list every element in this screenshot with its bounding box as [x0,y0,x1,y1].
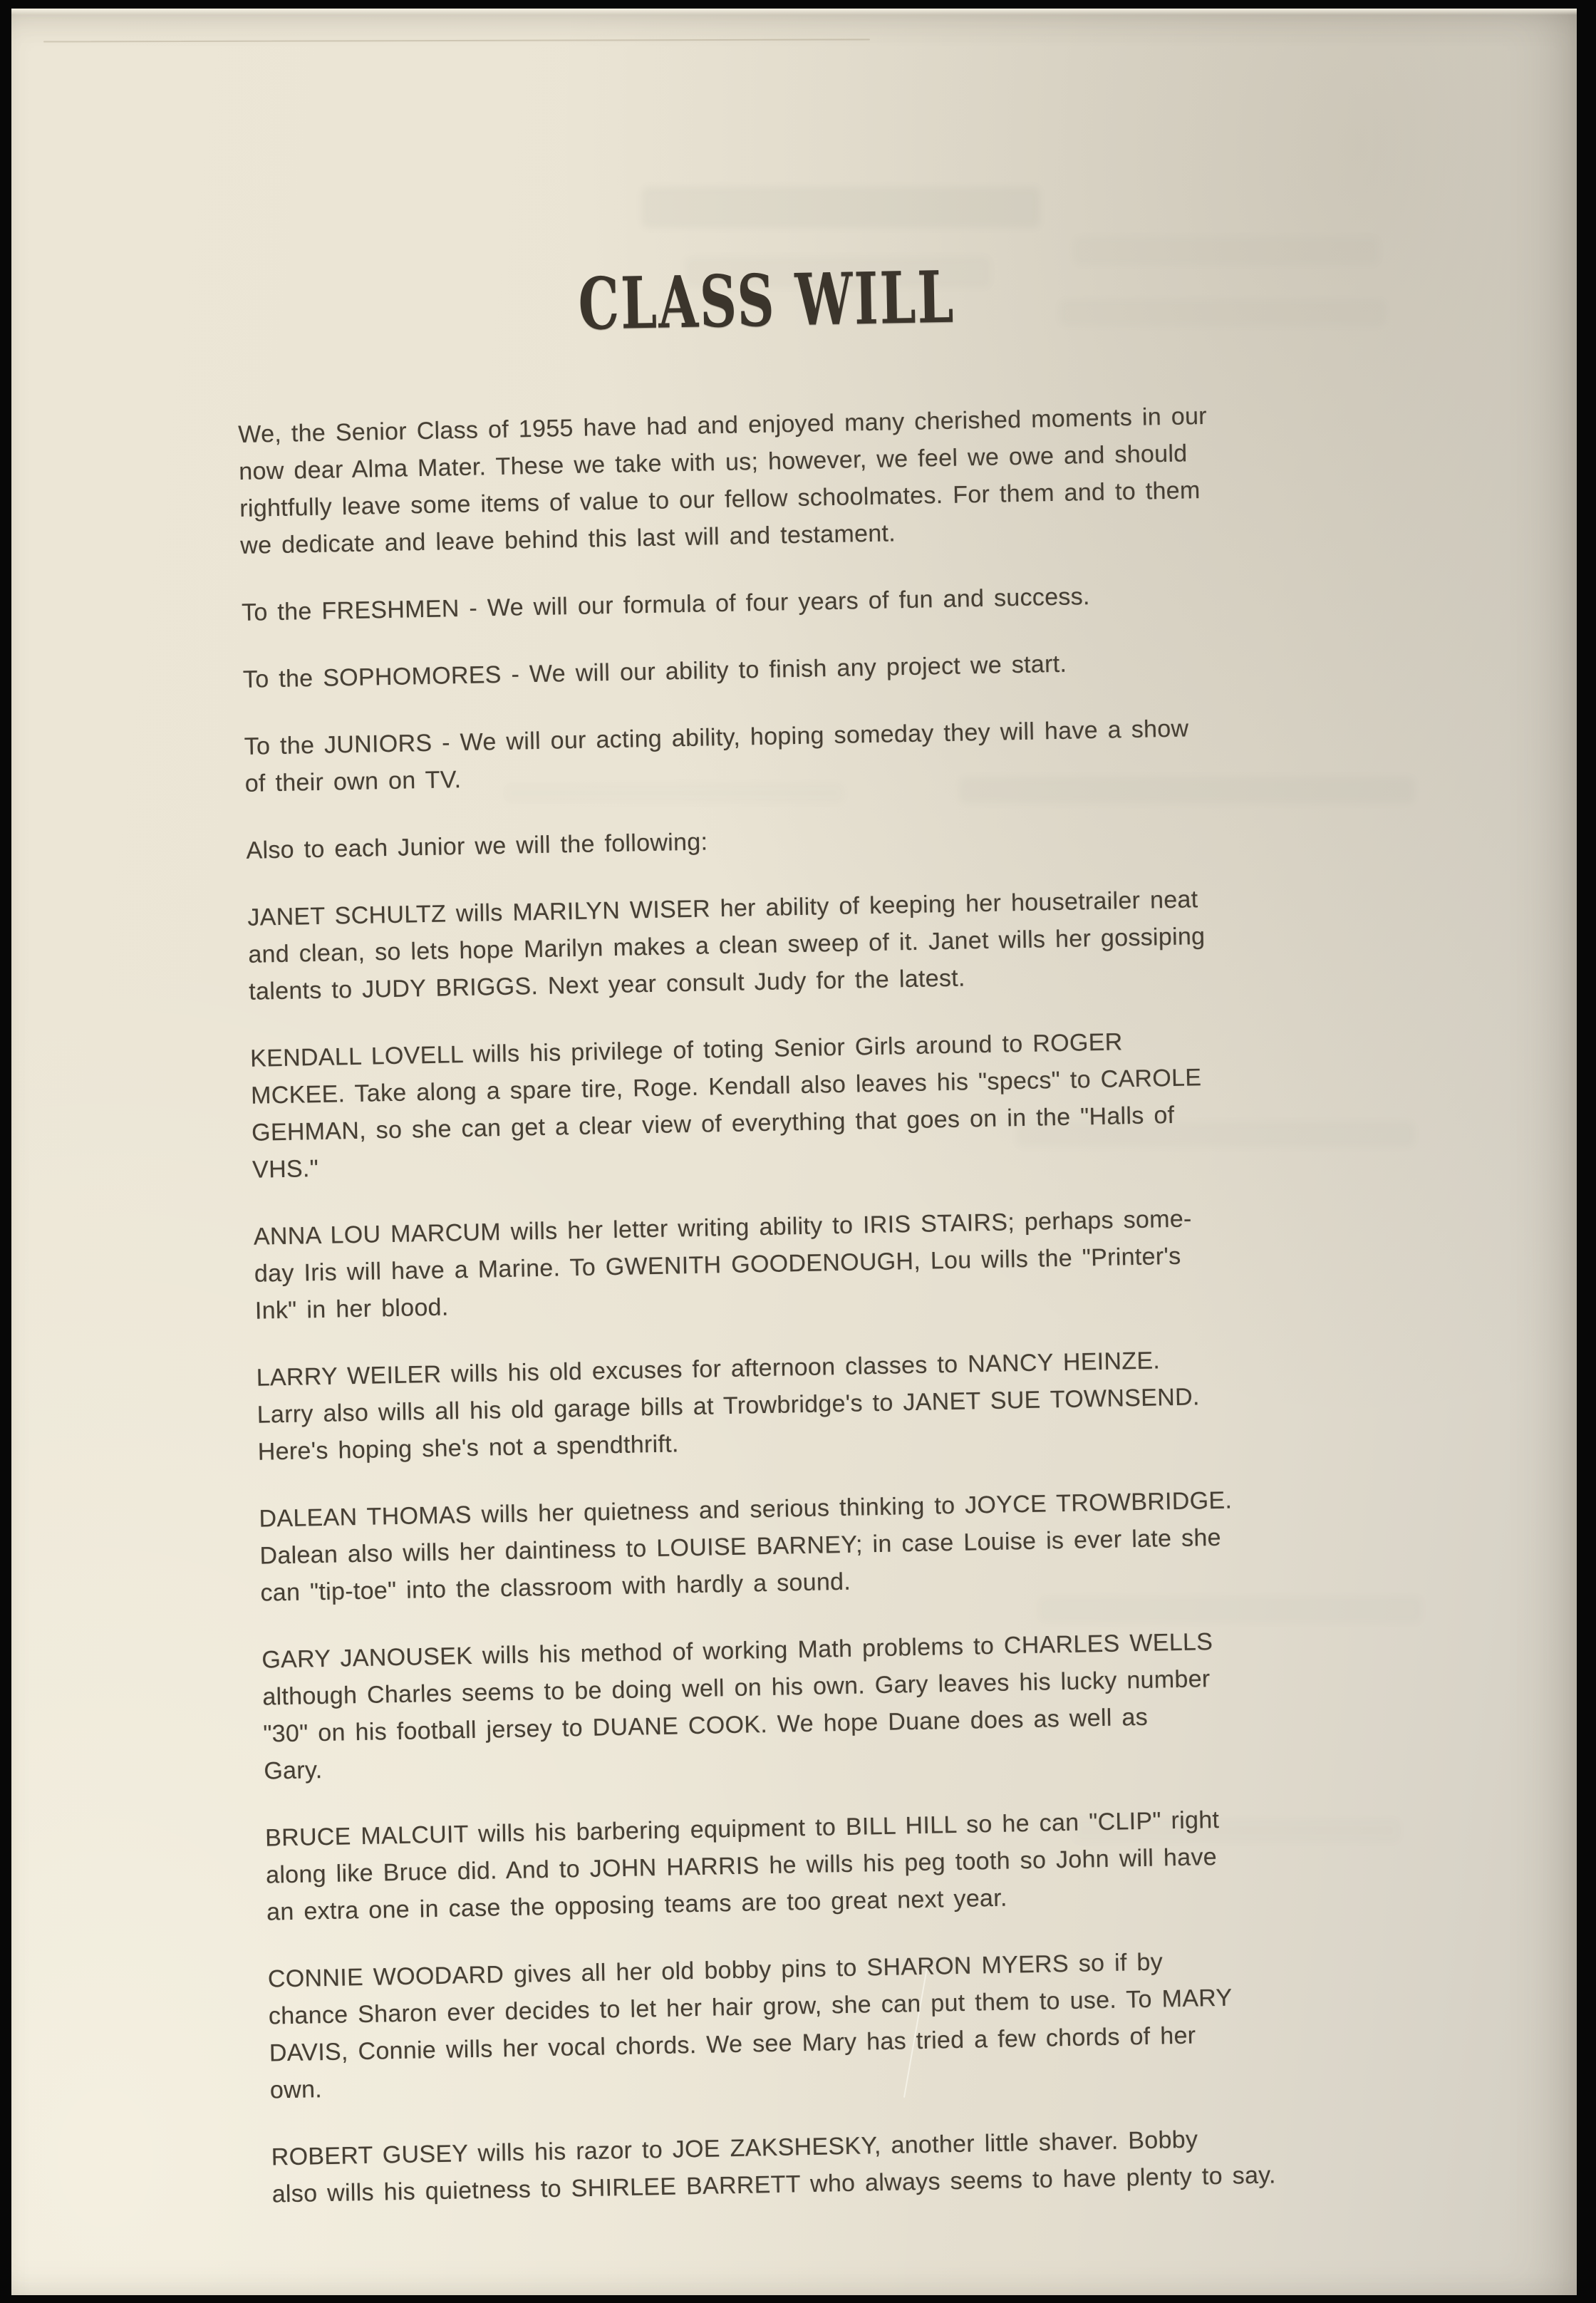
paragraph-janet-schultz: JANET SCHULTZ wills MARILYN WISER her ab… [247,877,1411,1010]
paragraph-connie-woodard: CONNIE WOODARD gives all her old bobby p… [267,1938,1431,2108]
page-paper: CLASS WILL We, the Senior Class of 1955 … [11,9,1577,2295]
paragraph-freshmen: To the FRESHMEN - We will our formula of… [242,572,1404,631]
paragraph-dalean-thomas: DALEAN THOMAS wills her quietness and se… [259,1478,1422,1611]
paragraph-robert-gusey: ROBERT GUSEY wills his razor to JOE ZAKS… [271,2116,1434,2213]
paragraph-larry-weiler: LARRY WEILER wills his old excuses for a… [256,1337,1419,1470]
bleed-through-mark [641,187,1040,228]
paragraph-sophomores: To the SOPHOMORES - We will our ability … [242,639,1404,698]
paragraph-intro: We, the Senior Class of 1955 have had an… [238,394,1402,564]
paragraph-gary-janousek: GARY JANOUSEK wills his method of workin… [261,1619,1426,1789]
paper-top-edge-highlight [11,9,1577,15]
page-title: CLASS WILL [578,260,956,341]
paragraph-anna-lou-marcum: ANNA LOU MARCUM wills her letter writing… [253,1196,1416,1329]
title-row: CLASS WILL [185,252,1348,354]
underlying-page-edge-line [43,38,870,42]
paragraph-kendall-lovell: KENDALL LOVELL wills his privilege of to… [250,1018,1414,1189]
paragraph-juniors: To the JUNIORS - We will our acting abil… [244,706,1406,802]
paragraph-bruce-malcuit: BRUCE MALCUIT wills his barbering equipm… [265,1797,1429,1930]
paragraph-junior-intro: Also to each Junior we will the followin… [246,810,1408,869]
printed-content: CLASS WILL We, the Senior Class of 1955 … [235,252,1434,2243]
scanned-yearbook-page: { "page": { "title": "CLASS WILL", "colo… [0,0,1596,2303]
